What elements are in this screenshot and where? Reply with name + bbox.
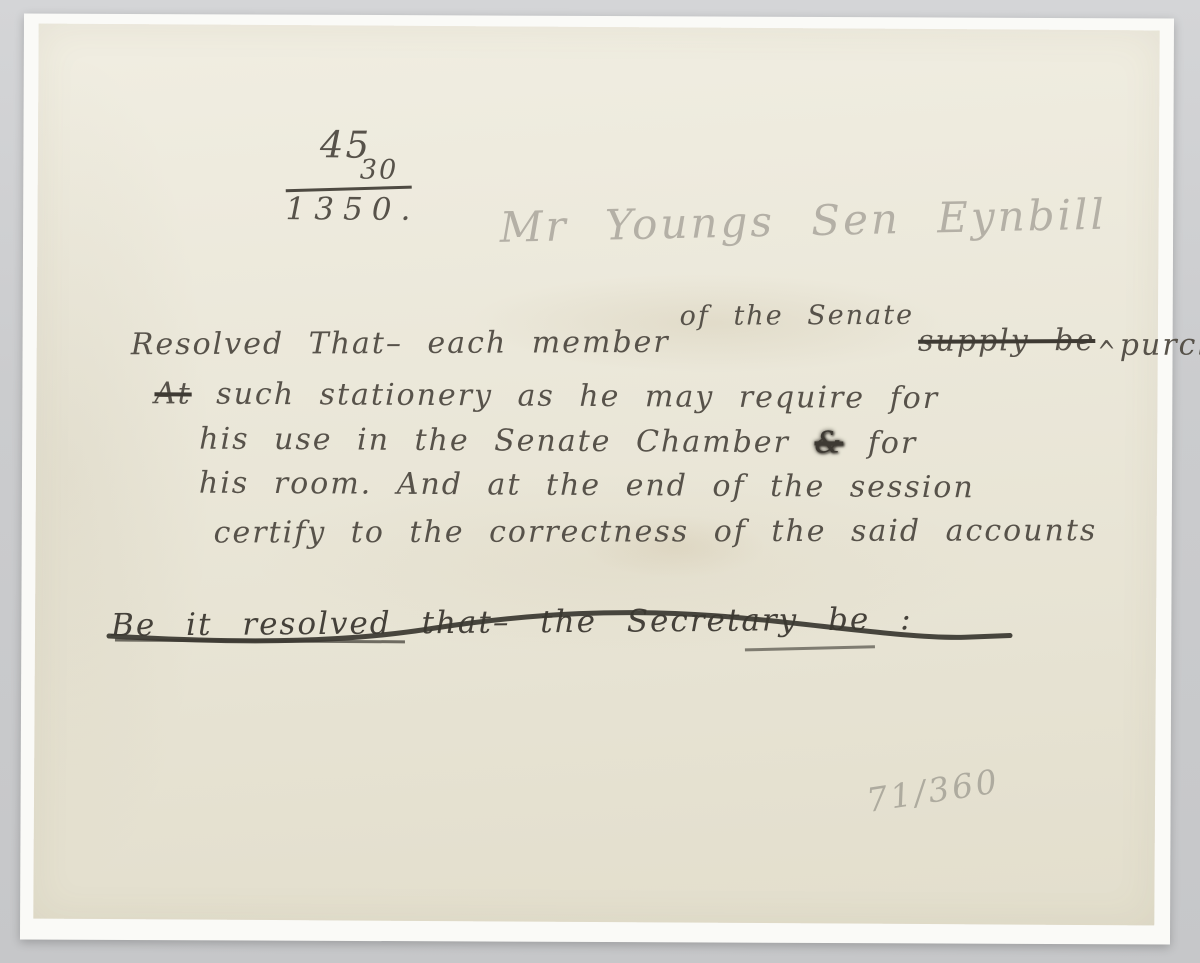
- blotted-out-character: &: [814, 425, 843, 460]
- caret-mark: ^: [1097, 336, 1118, 371]
- line1-start: Resolved That– each member: [131, 325, 670, 362]
- struck-resolution-text: Be it resolved that– the Secretary be :: [111, 601, 913, 643]
- multiplication-calculation: 45 30 1350.: [286, 123, 437, 228]
- line3-end: for: [868, 426, 918, 461]
- line3-start: his use in the Senate Chamber: [199, 422, 790, 461]
- multiplier: 30: [286, 154, 436, 186]
- interlined-insertion: of the Senate: [680, 300, 915, 332]
- catalog-number: 71/360: [864, 761, 1002, 820]
- struck-text: At: [154, 376, 191, 411]
- body-line-5: certify to the correctness of the said a…: [214, 513, 1098, 550]
- body-line-1: Resolved That– each memberof the Senates…: [131, 322, 1200, 362]
- body-line-4: his room. And at the end of the session: [199, 466, 975, 506]
- product: 1350.: [286, 191, 436, 228]
- pencil-heading: Mr Youngs Sen Eynbill: [499, 190, 1107, 252]
- body-line-2: At such stationery as he may require for: [154, 376, 939, 416]
- body-line-3: his use in the Senate Chamber & for: [199, 422, 917, 461]
- line1-end: purchase.: [1120, 327, 1200, 363]
- struck-text: supply be: [918, 323, 1095, 359]
- line2-rest: such stationery as he may require for: [216, 377, 939, 416]
- scan-background: 45 30 1350. Mr Youngs Sen Eynbill Resolv…: [0, 0, 1200, 963]
- manuscript-paper: 45 30 1350. Mr Youngs Sen Eynbill Resolv…: [33, 24, 1159, 926]
